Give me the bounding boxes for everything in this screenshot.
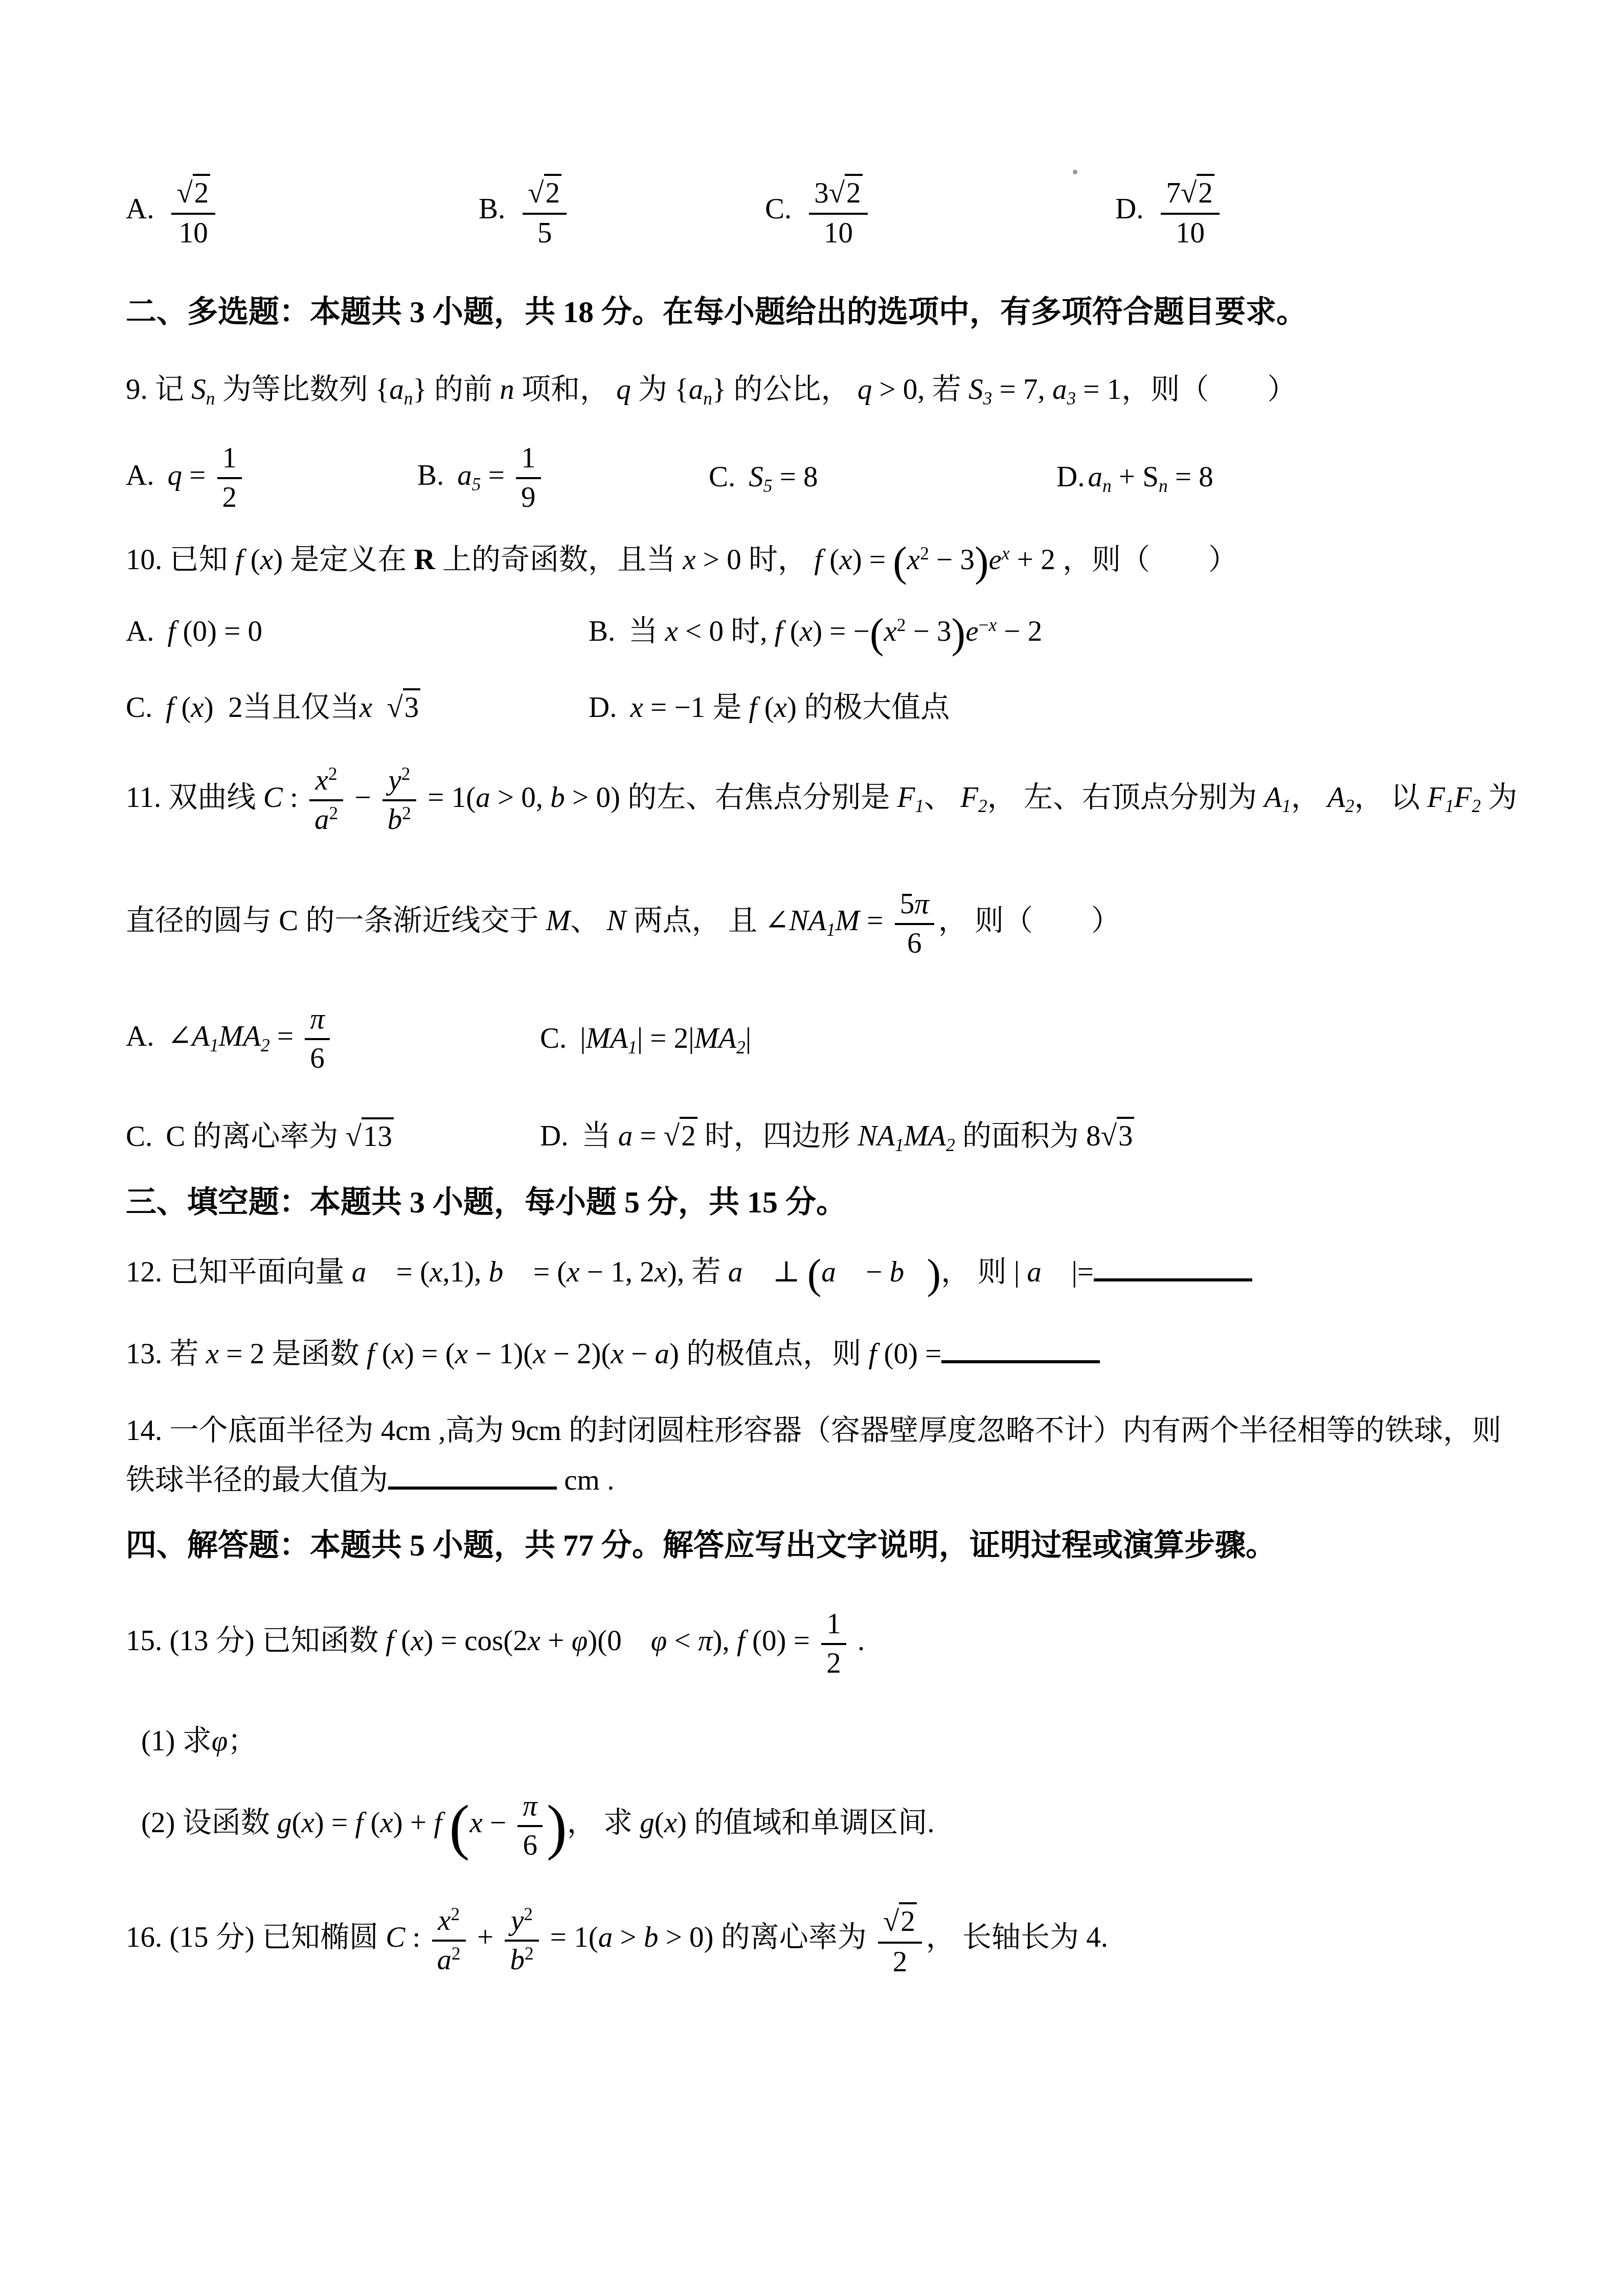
question-13-stem: 13. 若 x = 2 是函数 f (x) = (x − 1)(x − 2)(x… [126, 1334, 1511, 1375]
option-formula: ∠A1MA2 = π6 [167, 1020, 333, 1052]
q11-options-row-1: A.∠A1MA2 = π6 C.|MA1| = 2|MA2| [126, 1003, 1511, 1075]
question-15-part1: (1) 求φ； [126, 1721, 1511, 1762]
q11-options-row-2: C.C 的离心率为 √13 D.当 a = √2 时，四边形 NA1MA2 的面… [126, 1116, 1511, 1158]
exam-content: A.√210 B.√25 C.3√210 D.7√210 二、多选题：本题共 3… [0, 0, 1623, 1978]
question-9-stem: 9. 记 Sn 为等比数列 {an} 的前 n 项和， q 为 {an} 的公比… [126, 369, 1511, 411]
question-15-stem: 15. (13 分) 已知函数 f (x) = cos(2x + φ)(0 φ … [126, 1608, 1511, 1680]
option-label: B. [589, 615, 615, 647]
option-formula: S5 = 8 [749, 461, 818, 493]
option-label: C. [765, 193, 792, 225]
q10-option-d: D.x = −1 是 f (x) 的极大值点 [589, 687, 1511, 728]
q8-option-c: C.3√210 [765, 174, 1115, 250]
section-fill-blank-header: 三、填空题：本题共 3 小题，每小题 5 分，共 15 分。 [126, 1181, 1511, 1224]
q8-option-d: D.7√210 [1115, 174, 1511, 250]
question-14-stem-line2: 铁球半径的最大值为 cm . [126, 1460, 1511, 1501]
option-label: A. [126, 615, 154, 647]
option-formula: q = 12 [167, 459, 246, 491]
option-formula: √25 [519, 193, 571, 225]
option-label: A. [126, 459, 154, 491]
option-label: B. [479, 193, 505, 225]
option-label: D. [540, 1120, 568, 1152]
question-11-stem-line1: 11. 双曲线 C : x2a2 − y2b2 = 1(a > 0, b > 0… [126, 764, 1511, 837]
option-formula: C 的离心率为 √13 [166, 1120, 394, 1153]
option-formula: a5 = 19 [457, 459, 545, 491]
question-16-stem: 16. (15 分) 已知椭圆 C : x2a2 + y2b2 = 1(a > … [126, 1902, 1511, 1978]
option-label: B. [417, 459, 444, 491]
section-multi-choice-header: 二、多选题：本题共 3 小题，共 18 分。在每小题给出的选项中，有多项符合题目… [126, 290, 1511, 333]
q9-options-row: A.q = 12 B.a5 = 19 C.S5 = 8 D.an + Sn = … [126, 442, 1511, 514]
option-label: A. [126, 1020, 154, 1052]
q10-options-row-2: C.f (x) 2当且仅当x √3 D.x = −1 是 f (x) 的极大值点 [126, 687, 1511, 728]
q11-option-c2: C.C 的离心率为 √13 [126, 1116, 540, 1157]
option-formula: 7√210 [1157, 193, 1223, 225]
option-formula: 当 a = √2 时，四边形 NA1MA2 的面积为 8√3 [581, 1120, 1134, 1152]
q9-option-d: D.an + Sn = 8 [1056, 457, 1511, 499]
q10-option-b: B.当 x < 0 时, f (x) = −(x2 − 3)e−x − 2 [589, 611, 1511, 652]
q8-option-b: B.√25 [479, 174, 765, 250]
q9-option-c: C.S5 = 8 [709, 457, 1056, 499]
q9-option-b: B.a5 = 19 [417, 442, 709, 514]
q8-options-row: A.√210 B.√25 C.3√210 D.7√210 [126, 174, 1511, 250]
option-formula: f (0) = 0 [167, 615, 262, 647]
option-formula: an + Sn = 8 [1088, 461, 1213, 493]
option-label: C. [126, 691, 152, 724]
option-formula: √210 [167, 193, 219, 225]
option-label: C. [709, 461, 735, 493]
option-formula: f (x) 2当且仅当x √3 [166, 691, 420, 724]
option-label: D. [1056, 461, 1085, 493]
section-solution-header: 四、解答题：本题共 5 小题，共 77 分。解答应写出文字说明，证明过程或演算步… [126, 1524, 1511, 1567]
option-formula: 3√210 [805, 193, 871, 225]
question-15-part2: (2) 设函数 g(x) = f (x) + f (x − π6)， 求 g(x… [126, 1790, 1511, 1862]
q11-option-d: D.当 a = √2 时，四边形 NA1MA2 的面积为 8√3 [540, 1116, 1511, 1158]
question-14-stem-line1: 14. 一个底面半径为 4cm ,高为 9cm 的封闭圆柱形容器（容器壁厚度忽略… [126, 1410, 1511, 1451]
option-label: D. [1115, 193, 1143, 225]
q10-options-row-1: A.f (0) = 0 B.当 x < 0 时, f (x) = −(x2 − … [126, 611, 1511, 652]
scan-artifact-dot [1073, 170, 1077, 174]
option-label: C. [126, 1120, 152, 1153]
q11-option-c1: C.|MA1| = 2|MA2| [540, 1018, 1511, 1060]
q8-option-a: A.√210 [126, 174, 479, 250]
option-formula: x = −1 是 f (x) 的极大值点 [630, 691, 950, 724]
option-label: C. [540, 1022, 567, 1054]
exam-page: A.√210 B.√25 C.3√210 D.7√210 二、多选题：本题共 3… [0, 0, 1623, 2296]
question-10-stem: 10. 已知 f (x) 是定义在 R 上的奇函数，且当 x > 0 时， f … [126, 539, 1511, 580]
q11-option-a: A.∠A1MA2 = π6 [126, 1003, 540, 1075]
option-formula: |MA1| = 2|MA2| [580, 1022, 751, 1054]
option-formula: 当 x < 0 时, f (x) = −(x2 − 3)e−x − 2 [628, 615, 1042, 647]
question-11-stem-line2: 直径的圆与 C 的一条渐近线交于 M、 N 两点， 且 ∠NA1M = 5π6，… [126, 888, 1511, 960]
q9-option-a: A.q = 12 [126, 442, 417, 514]
option-label: D. [589, 691, 617, 724]
question-12-stem: 12. 已知平面向量 a⃗ = (x,1), b⃗ = (x − 1, 2x),… [126, 1252, 1511, 1293]
q10-option-a: A.f (0) = 0 [126, 611, 589, 652]
option-label: A. [126, 193, 154, 225]
q10-option-c: C.f (x) 2当且仅当x √3 [126, 687, 589, 728]
